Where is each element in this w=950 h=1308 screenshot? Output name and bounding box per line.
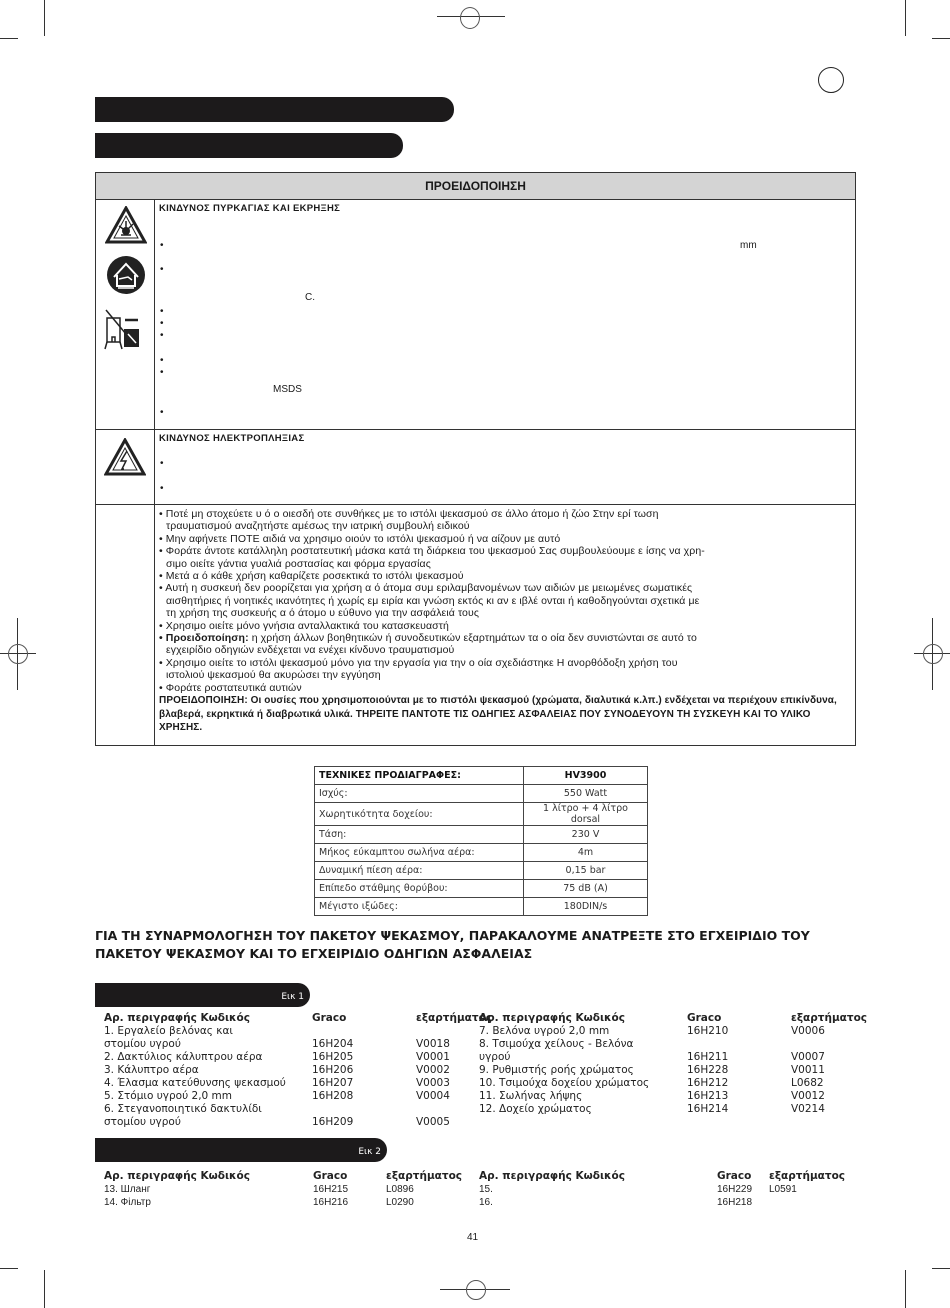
graco-code: 16H214 [687,1103,728,1116]
registration-mark [460,7,480,29]
specs-row: Επίπεδο στάθμης θορύβου:75 dB (A) [315,880,648,898]
graco-code: Graco [312,1012,346,1025]
warning-item: • Χρησιμο οιείτε το ιστόλι ψεκασμού μόνο… [159,657,851,669]
fire-explosion-warning-icon [105,206,147,244]
warning-item: • Αυτή η συσκευή δεν ροορίζεται για χρήσ… [159,582,851,594]
part-description: 7. Βελόνα υγρού 2,0 mm [479,1025,609,1038]
warning-item-continued: τη χρήση της συσκευής α ό άτομο υ εύθυνο… [159,607,851,619]
part-description: 4. Έλασμα κατεύθυνσης ψεκασμού [104,1077,286,1090]
bullet: • [160,306,164,317]
specs-row: Ισχύς:550 Watt [315,785,648,803]
bullet: • [160,367,164,378]
graco-code: 16H207 [312,1077,353,1090]
no-smoking-equipment-icon [104,308,146,350]
warning-item: • Μην αφήνετε ΠΟΤΕ αιδιά να χρησιμο οιού… [159,533,851,545]
fragment-msds: MSDS [273,384,302,395]
warning-header: ΠΡΟΕΙΔΟΠΟΙΗΣΗ [96,173,855,200]
bullet: • [160,330,164,341]
subtitle-bar [95,133,403,158]
part-code: εξαρτήματος [386,1170,462,1183]
spec-label: Ισχύς: [315,785,524,803]
spec-value: 1 λίτρο + 4 λίτρο dorsal [524,803,648,826]
part-code: L0290 [386,1196,414,1209]
general-warnings: • Ποτέ μη στοχεύετε υ ό ο οιεσδή οτε συν… [155,505,855,745]
specs-row: Μήκος εύκαμπτου σωλήνα αέρα:4m [315,844,648,862]
spec-label: Χωρητικότητα δοχείου: [315,803,524,826]
registration-mark [923,644,943,664]
part-description: 3. Κάλυπτρο αέρα [104,1064,199,1077]
spec-value: 230 V [524,826,648,844]
parts-row: στομίου υγρού16H209V0005 [104,1116,474,1129]
bullet: • [160,264,164,275]
part-description: 8. Τσιμούχα χείλους - Βελόνα [479,1038,633,1051]
parts-row: 15.16H229L0591 [479,1183,849,1196]
crop-mark [932,1268,950,1269]
graco-code: Graco [717,1170,751,1183]
part-code: V0214 [791,1103,825,1116]
graco-code: 16H208 [312,1090,353,1103]
part-code: V0012 [791,1090,825,1103]
assembly-note: ΓΙΑ ΤΗ ΣΥΝΑΡΜΟΛΟΓΗΣΗ ΤΟΥ ΠΑΚΕΤΟΥ ΨΕΚΑΣΜΟ… [95,927,855,963]
figure-2-label: Εικ 2 [95,1138,387,1162]
part-description: στομίου υγρού [104,1116,181,1129]
bullet: • [160,318,164,329]
parts-row: υγρού16H211V0007 [479,1051,849,1064]
parts-row: 7. Βελόνα υγρού 2,0 mm16H210V0006 [479,1025,849,1038]
spec-label: ΤΕΧΝΙΚΕΣ ΠΡΟΔΙΑΓΡΑΦΕΣ: [315,767,524,785]
parts-row: 10. Τσιμούχα δοχείου χρώματος16H212L0682 [479,1077,849,1090]
language-badge [818,67,844,93]
specs-row: Τάση:230 V [315,826,648,844]
part-description: 13. Шланг [104,1183,150,1196]
warning-item-continued: αισθητήριες ή νοητικές ικανότητες ή χωρί… [159,595,851,607]
part-code: V0005 [416,1116,450,1129]
graco-code: 16H211 [687,1051,728,1064]
parts-row: 14. Фільтр16H216L0290 [104,1196,474,1209]
part-code: V0001 [416,1051,450,1064]
graco-code: 16H229 [717,1183,752,1196]
graco-code: 16H209 [312,1116,353,1129]
bullet: • [160,355,164,366]
part-description: 1. Εργαλείο βελόνας και [104,1025,233,1038]
parts-row: 11. Σωλήνας λήψης16H213V0012 [479,1090,849,1103]
graco-code: 16H206 [312,1064,353,1077]
technical-specs-table: ΤΕΧΝΙΚΕΣ ΠΡΟΔΙΑΓΡΑΦΕΣ:HV3900Ισχύς:550 Wa… [314,766,648,916]
parts-row: 6. Στεγανοποιητικό δακτυλίδι [104,1103,474,1116]
parts-header-row: Αρ. περιγραφής ΚωδικόςGracoεξαρτήματος [479,1012,849,1025]
parts-row: 5. Στόμιο υγρού 2,0 mm16H208V0004 [104,1090,474,1103]
part-code: V0004 [416,1090,450,1103]
spec-label: Μέγιστο ιξώδες: [315,898,524,916]
crop-mark [44,0,45,36]
electric-hazard-row: ΚΙΝΔΥΝΟΣ ΗΛΕΚΤΡΟΠΛΗΞΙΑΣ • • [96,430,855,505]
fragment-mm: mm [740,240,757,251]
parts-list-fig2-left: Αρ. περιγραφής ΚωδικόςGracoεξαρτήματος13… [104,1170,474,1209]
part-code: L0591 [769,1183,797,1196]
warning-item-continued: ιστολιού ψεκασμού θα ακυρώσει την εγγύησ… [159,669,851,681]
spec-value: 550 Watt [524,785,648,803]
specs-header-row: ΤΕΧΝΙΚΕΣ ΠΡΟΔΙΑΓΡΑΦΕΣ:HV3900 [315,767,648,785]
warning-item: • Φοράτε ροστατευτικά αυτιών [159,682,851,694]
ventilation-icon [106,255,146,295]
part-code: V0003 [416,1077,450,1090]
warning-item: • Χρησιμο οιείτε μόνο γνήσια ανταλλακτικ… [159,620,851,632]
parts-list-fig1-right: Αρ. περιγραφής ΚωδικόςGracoεξαρτήματος7.… [479,1012,849,1116]
fire-hazard-row: ΚΙΝΔΥΝΟΣ ΠΥΡΚΑΓΙΑΣ ΚΑΙ ΕΚΡΗΞΗΣ • mm • C.… [96,200,855,430]
spec-value: 4m [524,844,648,862]
part-description: 14. Фільтр [104,1196,151,1209]
graco-code: 16H228 [687,1064,728,1077]
part-code: V0011 [791,1064,825,1077]
final-warning: ΠΡΟΕΙΔΟΠΟΙΗΣΗ: Οι ουσίες που χρησιμοποιο… [159,694,851,735]
part-code: V0018 [416,1038,450,1051]
part-description: 11. Σωλήνας λήψης [479,1090,582,1103]
bullet: • [160,458,164,469]
fragment-c: C. [305,292,315,303]
warning-item-continued: εγχειρίδιο οδηγιών ενδέχεται να ενέχει κ… [159,644,851,656]
warning-item: • Μετά α ό κάθε χρήση καθαρίζετε ροσεκτι… [159,570,851,582]
graco-code: Graco [687,1012,721,1025]
warning-item-continued: τραυματισμού αναζητήστε αμέσως την ιατρι… [159,520,851,532]
parts-row: 8. Τσιμούχα χείλους - Βελόνα [479,1038,849,1051]
graco-code: 16H212 [687,1077,728,1090]
parts-list-fig1-left: Αρ. περιγραφής ΚωδικόςGracoεξαρτήματος1.… [104,1012,474,1129]
bullet: • [160,483,164,494]
registration-mark [8,644,28,664]
graco-code: 16H218 [717,1196,752,1209]
spec-label: Δυναμική πίεση αέρα: [315,862,524,880]
crop-mark [0,38,18,39]
part-code: V0006 [791,1025,825,1038]
registration-mark [466,1280,486,1300]
bullet: • [160,240,164,251]
crop-mark [905,1270,906,1308]
part-description: 15. [479,1183,493,1196]
part-code: L0682 [791,1077,824,1090]
parts-row: στομίου υγρού16H204V0018 [104,1038,474,1051]
part-description: 16. [479,1196,493,1209]
part-description: Αρ. περιγραφής Κωδικός [104,1012,250,1025]
parts-list-fig2-right: Αρ. περιγραφής ΚωδικόςGracoεξαρτήματος15… [479,1170,849,1209]
spec-label: Επίπεδο στάθμης θορύβου: [315,880,524,898]
part-description: 9. Ρυθμιστής ροής χρώματος [479,1064,634,1077]
part-code: V0007 [791,1051,825,1064]
part-description: Αρ. περιγραφής Κωδικός [104,1170,250,1183]
crop-mark [905,0,906,36]
title-bar [95,97,454,122]
warning-item-continued: σιμο οιείτε γάντια γυαλιά ροστασίας και … [159,558,851,570]
warning-table: ΠΡΟΕΙΔΟΠΟΙΗΣΗ ΚΙ [95,172,856,746]
specs-row: Μέγιστο ιξώδες:180DIN/s [315,898,648,916]
spec-label: Τάση: [315,826,524,844]
part-description: 12. Δοχείο χρώματος [479,1103,592,1116]
crop-mark [932,38,950,39]
parts-header-row: Αρ. περιγραφής ΚωδικόςGracoεξαρτήματος [479,1170,849,1183]
spec-value: 180DIN/s [524,898,648,916]
parts-row: 1. Εργαλείο βελόνας και [104,1025,474,1038]
parts-row: 9. Ρυθμιστής ροής χρώματος16H228V0011 [479,1064,849,1077]
graco-code: 16H213 [687,1090,728,1103]
graco-code: 16H210 [687,1025,728,1038]
part-code: V0002 [416,1064,450,1077]
parts-row: 4. Έλασμα κατεύθυνσης ψεκασμού16H207V000… [104,1077,474,1090]
part-code: εξαρτήματος [791,1012,867,1025]
parts-row: 3. Κάλυπτρο αέρα16H206V0002 [104,1064,474,1077]
bullet: • [160,407,164,418]
electric-hazard-title: ΚΙΝΔΥΝΟΣ ΗΛΕΚΤΡΟΠΛΗΞΙΑΣ [159,433,851,444]
graco-code: 16H205 [312,1051,353,1064]
crop-mark [44,1270,45,1308]
part-code: εξαρτήματος [769,1170,845,1183]
warning-item: • Ποτέ μη στοχεύετε υ ό ο οιεσδή οτε συν… [159,508,851,520]
part-description: 2. Δακτύλιος κάλυπτρου αέρα [104,1051,262,1064]
warning-item: • Προειδοποίηση: η χρήση άλλων βοηθητικώ… [159,632,851,644]
graco-code: 16H216 [313,1196,348,1209]
part-description: 10. Τσιμούχα δοχείου χρώματος [479,1077,649,1090]
specs-row: Δυναμική πίεση αέρα:0,15 bar [315,862,648,880]
graco-code: 16H204 [312,1038,353,1051]
parts-row: 12. Δοχείο χρώματος16H214V0214 [479,1103,849,1116]
parts-header-row: Αρ. περιγραφής ΚωδικόςGracoεξαρτήματος [104,1170,474,1183]
parts-row: 16.16H218 [479,1196,849,1209]
page-number: 41 [467,1232,478,1243]
part-description: 6. Στεγανοποιητικό δακτυλίδι [104,1103,262,1116]
part-description: 5. Στόμιο υγρού 2,0 mm [104,1090,232,1103]
warning-item: • Φοράτε άντοτε κατάλληλη ροστατευτική μ… [159,545,851,557]
part-description: Αρ. περιγραφής Κωδικός [479,1012,625,1025]
parts-row: 2. Δακτύλιος κάλυπτρου αέρα16H205V0001 [104,1051,474,1064]
fire-hazard-title: ΚΙΝΔΥΝΟΣ ΠΥΡΚΑΓΙΑΣ ΚΑΙ ΕΚΡΗΞΗΣ [159,203,851,214]
part-description: υγρού [479,1051,510,1064]
electric-shock-warning-icon [104,438,146,476]
spec-value: HV3900 [524,767,648,785]
part-code: L0896 [386,1183,414,1196]
general-warnings-row: • Ποτέ μη στοχεύετε υ ό ο οιεσδή οτε συν… [96,505,855,745]
spec-value: 75 dB (A) [524,880,648,898]
graco-code: 16H215 [313,1183,348,1196]
figure-1-label: Εικ 1 [95,983,310,1007]
parts-header-row: Αρ. περιγραφής ΚωδικόςGracoεξαρτήματος [104,1012,474,1025]
part-description: στομίου υγρού [104,1038,181,1051]
crop-mark [0,1268,18,1269]
spec-value: 0,15 bar [524,862,648,880]
specs-row: Χωρητικότητα δοχείου:1 λίτρο + 4 λίτρο d… [315,803,648,826]
part-description: Αρ. περιγραφής Κωδικός [479,1170,625,1183]
graco-code: Graco [313,1170,347,1183]
parts-row: 13. Шланг16H215L0896 [104,1183,474,1196]
spec-label: Μήκος εύκαμπτου σωλήνα αέρα: [315,844,524,862]
